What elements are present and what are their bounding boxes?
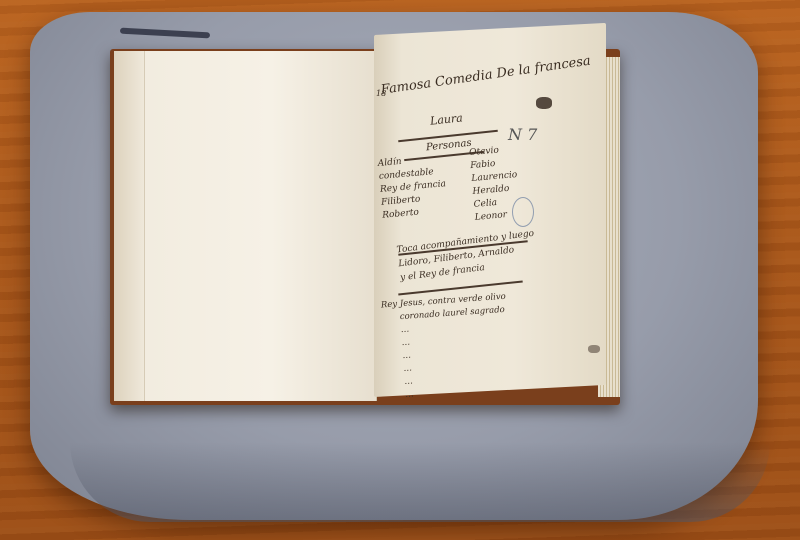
left-blank-page [114,51,377,401]
library-stamp [512,197,534,227]
verse-speaker: Rey [381,299,398,310]
cushion-fold [70,442,770,522]
ink-stain [536,97,552,109]
left-page-edge [114,51,145,401]
shelfmark: N 7 [508,125,537,144]
ink-stain [588,345,600,353]
verse-block: Rey Jesus, contra verde olivo coronado l… [381,291,513,403]
manuscript-book: 18 Famosa Comedia De la francesa Laura N… [108,35,620,405]
personas-left-list: Aldín condestable Rey de francia Filiber… [377,152,448,223]
